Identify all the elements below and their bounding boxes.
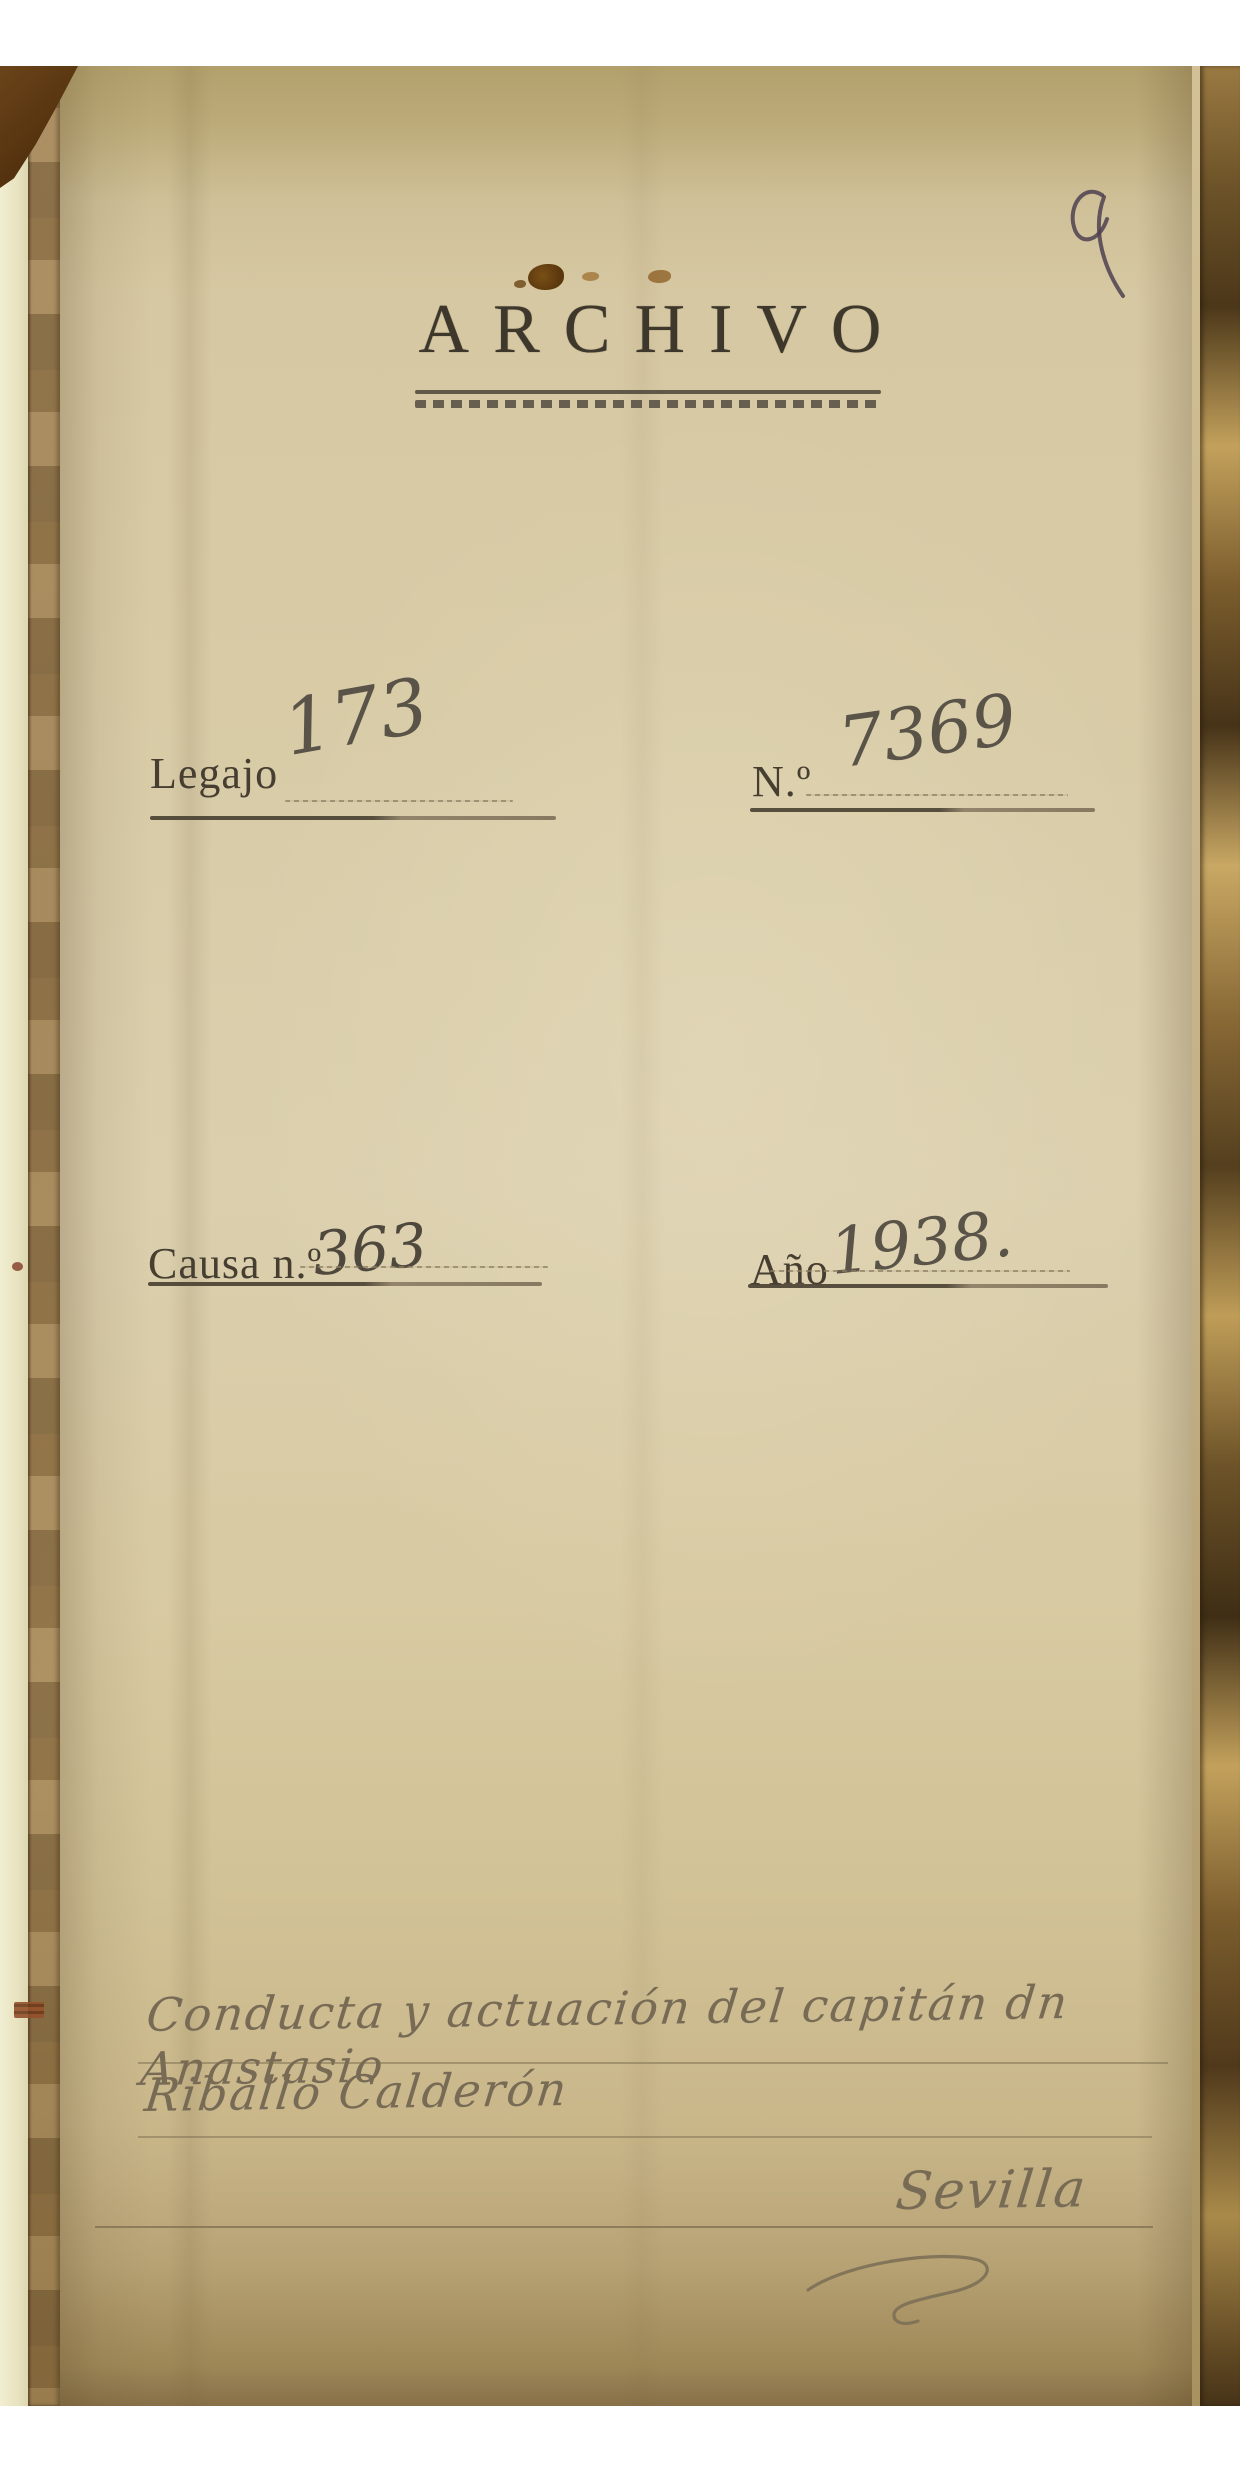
subject-rule-1 bbox=[138, 2062, 1168, 2064]
numero-dotted-rule bbox=[806, 794, 1068, 796]
ink-stain bbox=[648, 270, 671, 283]
legajo-dotted-rule bbox=[285, 800, 513, 802]
subject-line-2: Riballo Calderón bbox=[142, 2062, 571, 2122]
legajo-rule bbox=[150, 816, 556, 820]
causa-dotted-rule bbox=[300, 1266, 548, 1268]
causa-rule bbox=[148, 1282, 542, 1286]
subject-rule-2 bbox=[138, 2136, 1152, 2138]
anio-dotted-rule bbox=[770, 1270, 1070, 1272]
scanned-archive-cover: ARCHIVO Legajo 173 N.º 7369 Causa n.º 36… bbox=[0, 66, 1240, 2406]
ink-stain bbox=[528, 264, 564, 290]
title-dashed-rule bbox=[415, 400, 881, 408]
place-rule bbox=[95, 2226, 1153, 2228]
numero-label: N.º bbox=[752, 756, 811, 807]
place-name: Sevilla bbox=[893, 2159, 1090, 2222]
numero-rule bbox=[750, 808, 1095, 812]
binding-stitch-dot bbox=[12, 1262, 23, 1271]
legajo-label: Legajo bbox=[150, 748, 278, 799]
signature-flourish bbox=[800, 2244, 1010, 2339]
anio-rule bbox=[748, 1284, 1108, 1288]
binding-stitch bbox=[14, 2002, 44, 2018]
ink-stain bbox=[514, 280, 526, 288]
causa-value: 363 bbox=[310, 1210, 430, 1290]
torn-page-edge bbox=[28, 66, 60, 2406]
ink-stain bbox=[582, 272, 599, 281]
page-title: ARCHIVO bbox=[395, 291, 906, 368]
x-annotation-mark bbox=[1064, 186, 1128, 310]
title-underline bbox=[415, 390, 881, 394]
